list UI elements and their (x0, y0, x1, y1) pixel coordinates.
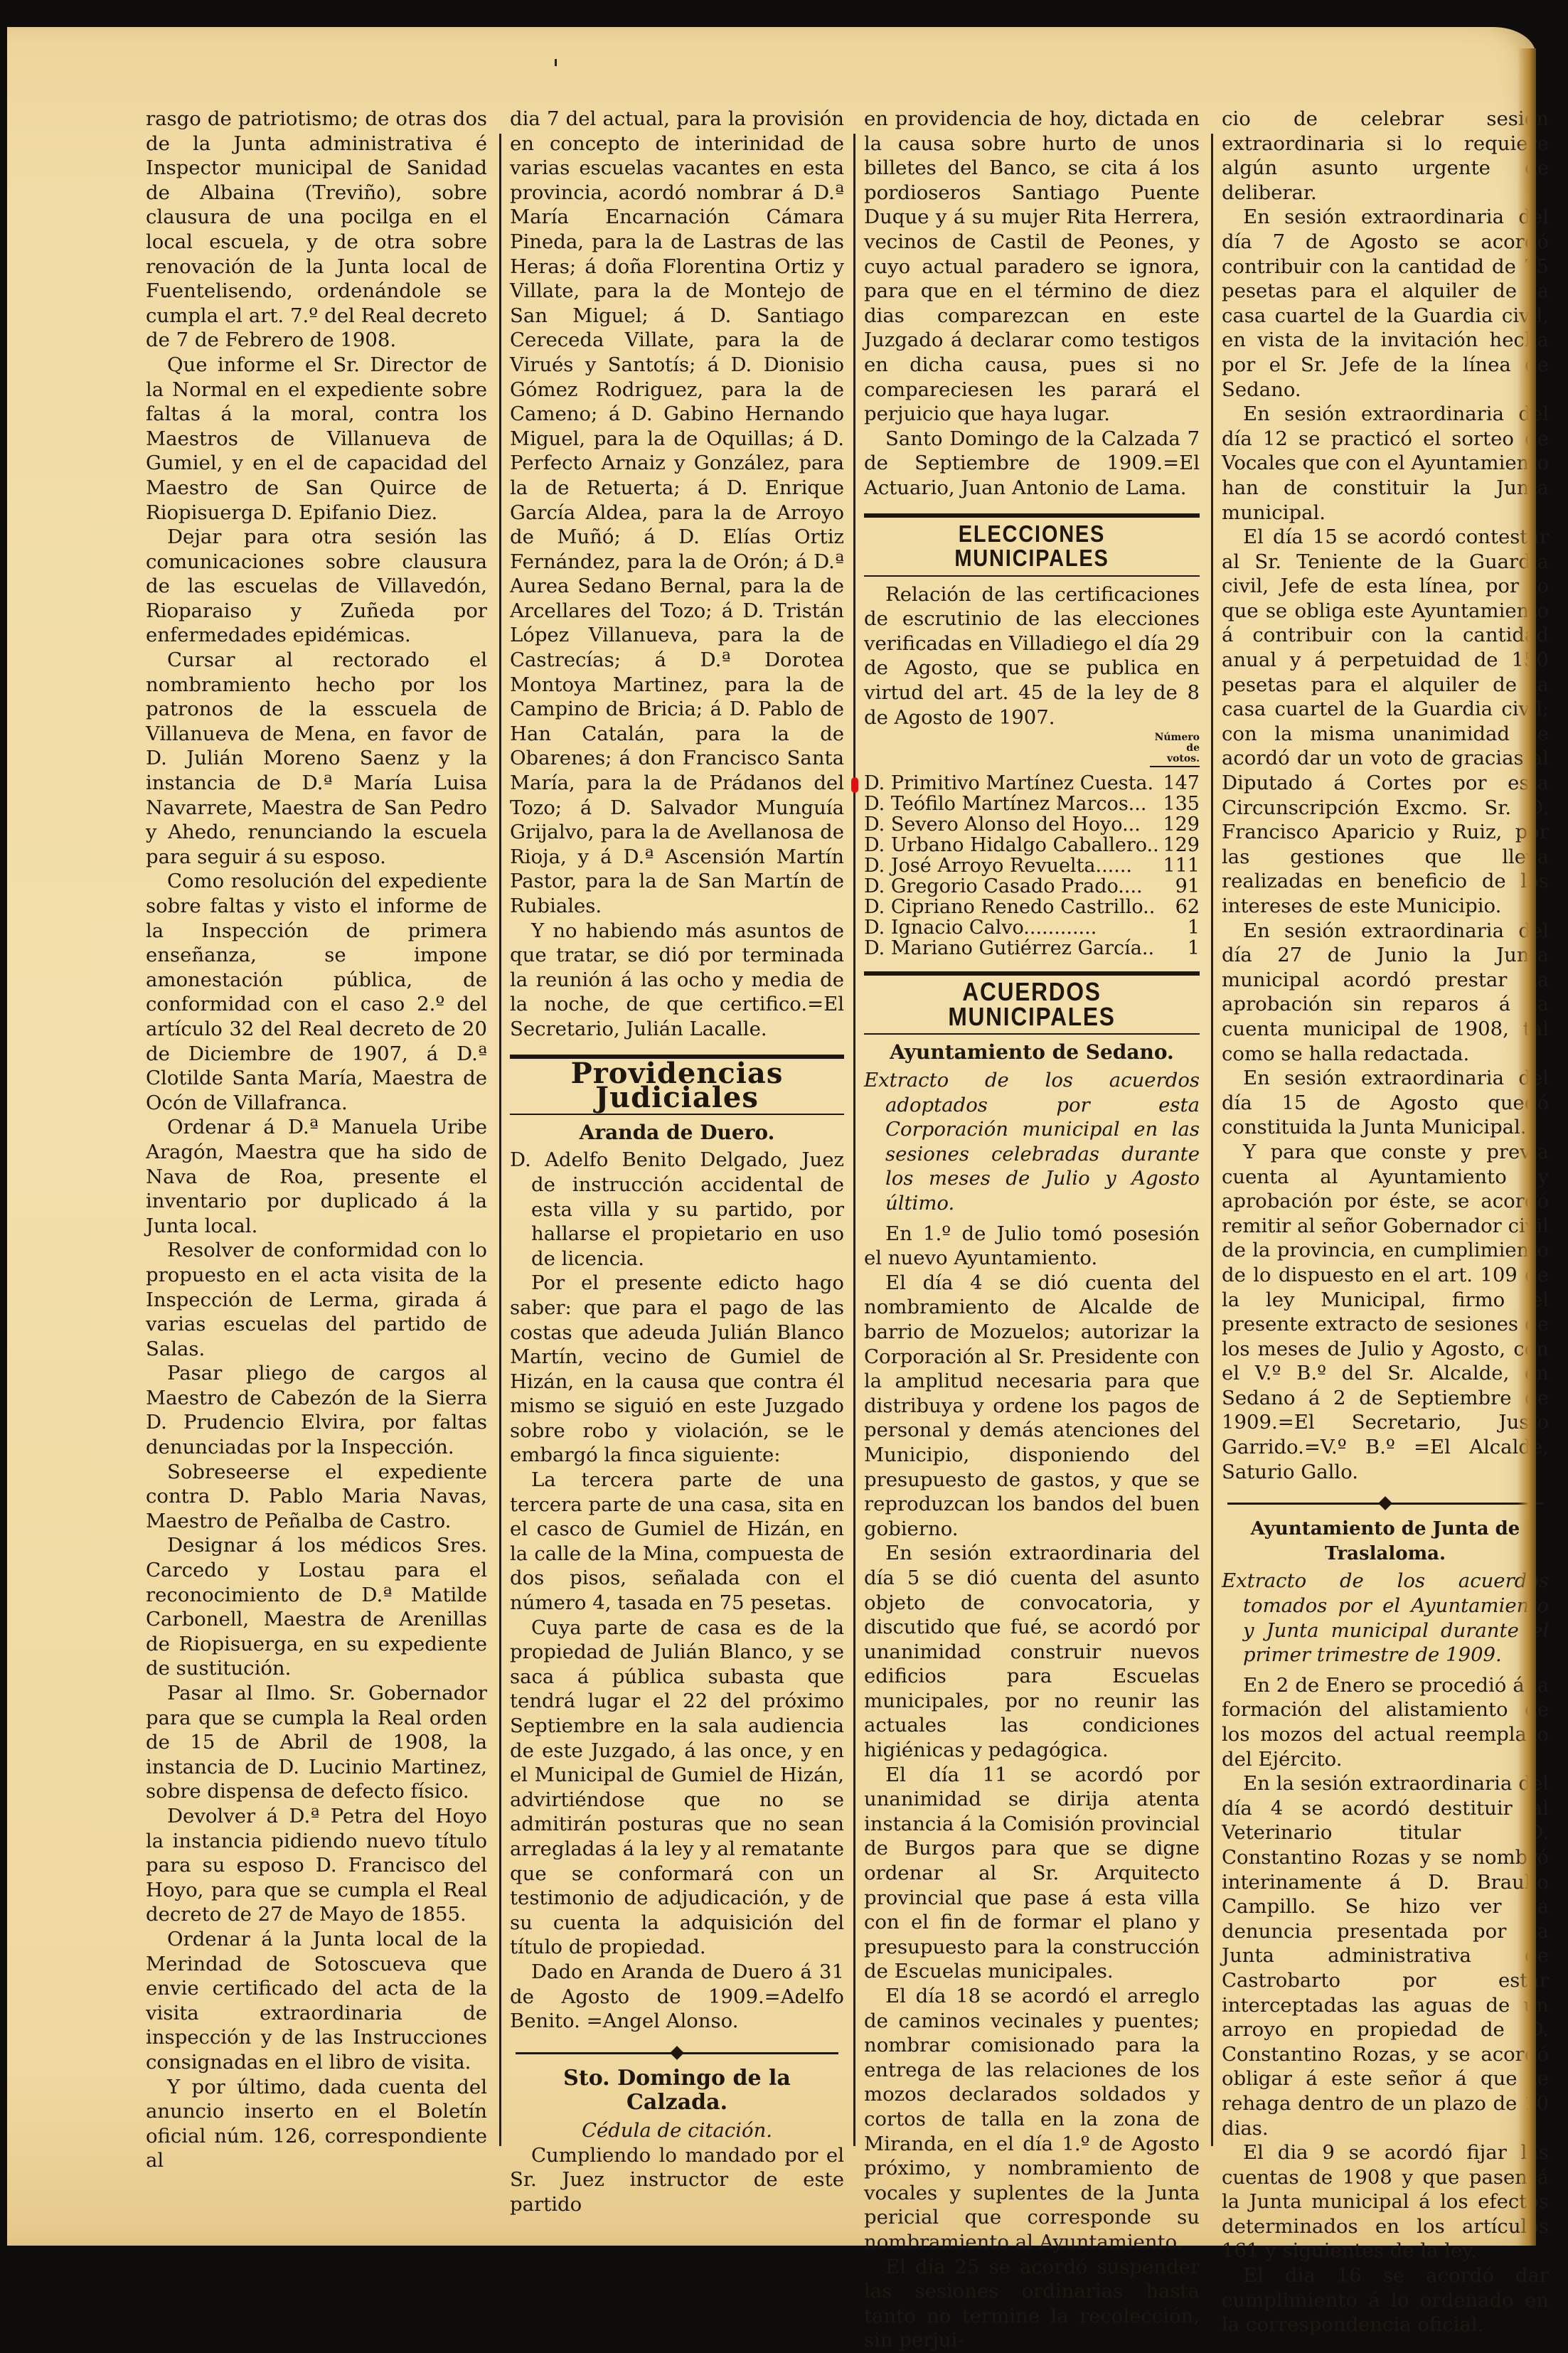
paragraph: cio de celebrar sesión extraordinaria si… (1222, 107, 1549, 205)
paragraph: Que informe el Sr. Director de la Normal… (146, 353, 487, 525)
edict-intro: D. Adelfo Benito Delgado, Juez de instru… (510, 1148, 844, 1271)
table-row: D. Mariano Gutiérrez García..1 (864, 938, 1200, 959)
paragraph: Y para que conste y previa cuenta al Ayu… (1222, 1140, 1549, 1484)
column-divider-2 (853, 134, 855, 2146)
paragraph: Ordenar á D.ª Manuela Uribe Aragón, Maes… (146, 1115, 487, 1238)
paragraph: En sesión extraordinaria del día 27 de J… (1222, 919, 1549, 1067)
signature: Santo Domingo de la Calzada 7 de Septiem… (864, 427, 1200, 501)
paragraph: En 1.º de Julio tomó posesión el nuevo A… (864, 1222, 1200, 1271)
table-row: D. Severo Alonso del Hoyo...129 (864, 814, 1200, 835)
newspaper-page: rasgo de patriotismo; de otras dos de la… (7, 27, 1536, 2246)
paragraph: Pasar al Ilmo. Sr. Gobernador para que s… (146, 1681, 487, 1804)
print-mark (555, 59, 557, 66)
extract-description: Extracto de los acuerdos adoptados por e… (864, 1068, 1200, 1216)
section-rule (864, 1033, 1200, 1035)
paragraph: Cuya parte de casa es de la propiedad de… (510, 1616, 844, 1960)
paragraph: Cursar al rectorado el nombramiento hech… (146, 648, 487, 869)
paragraph: Cumpliendo lo mandado por el Sr. Juez in… (510, 2143, 844, 2217)
election-results-table: D. Primitivo Martínez Cuesta.147 D. Teóf… (864, 773, 1200, 959)
column-divider-1 (499, 134, 501, 2146)
paragraph: Por el presente edicto hago saber: que p… (510, 1271, 844, 1468)
paragraph: Y no habiendo más asuntos de que tratar,… (510, 919, 844, 1042)
section-rule (864, 513, 1200, 518)
red-annotation-mark (851, 777, 858, 793)
heading-traslaloma: Ayuntamiento de Junta de Traslaloma. (1222, 1517, 1549, 1566)
ornamental-divider (1227, 1500, 1543, 1507)
section-rule (864, 575, 1200, 577)
table-row: D. Cipriano Renedo Castrillo..62 (864, 897, 1200, 917)
column-1: rasgo de patriotismo; de otras dos de la… (146, 107, 487, 2173)
paragraph: Como resolución del expediente sobre fal… (146, 869, 487, 1115)
paragraph: dia 7 del actual, para la provisión en c… (510, 107, 844, 919)
paragraph: Pasar pliego de cargos al Maestro de Cab… (146, 1361, 487, 1459)
table-row: D. José Arroyo Revuelta......111 (864, 855, 1200, 876)
paragraph: Devolver á D.ª Petra del Hoyo la instanc… (146, 1804, 487, 1927)
signature: Dado en Aranda de Duero á 31 de Agosto d… (510, 1960, 844, 2034)
extract-description: Extracto de los acuerdos tomados por el … (1222, 1569, 1549, 1667)
section-title-elecciones: ELECCIONES MUNICIPALES (884, 522, 1179, 571)
column-divider-3 (1211, 134, 1213, 2146)
votes-column-header: Número de votos. (864, 732, 1200, 764)
table-row: D. Teófilo Martínez Marcos...135 (864, 794, 1200, 814)
votes-header-rule (1150, 766, 1200, 767)
paragraph: La tercera parte de una tercera parte de… (510, 1468, 844, 1616)
heading-sedano: Ayuntamiento de Sedano. (864, 1040, 1200, 1065)
paragraph: En la sesión extraordinaria del día 4 se… (1222, 1771, 1549, 2140)
table-row: D. Ignacio Calvo............1 (864, 917, 1200, 938)
column-4: cio de celebrar sesión extraordinaria si… (1222, 107, 1549, 2246)
paragraph: Y por último, dada cuenta del anuncio in… (146, 2075, 487, 2173)
column-2: dia 7 del actual, para la provisión en c… (510, 107, 844, 2216)
heading-aranda: Aranda de Duero. (510, 1121, 844, 1146)
table-row: D. Primitivo Martínez Cuesta.147 (864, 773, 1200, 794)
paragraph: En 2 de Enero se procedió á la formación… (1222, 1673, 1549, 1771)
section-rule (864, 971, 1200, 976)
paragraph: El día 11 se acordó por unanimidad se di… (864, 1763, 1200, 1984)
paragraph: rasgo de patriotismo; de otras dos de la… (146, 107, 487, 353)
paragraph: En sesión extraordinaria del día 5 se di… (864, 1541, 1200, 1762)
paragraph: El día 18 se acordó el arreglo de camino… (864, 1984, 1200, 2246)
paragraph: Resolver de conformidad con lo propuesto… (146, 1238, 487, 1361)
elections-intro: Relación de las certificaciones de escru… (864, 582, 1200, 730)
paragraph: Ordenar á la Junta local de la Merindad … (146, 1927, 487, 2075)
table-row: D. Urbano Hidalgo Caballero..129 (864, 835, 1200, 855)
column-3: en providencia de hoy, dictada en la cau… (864, 107, 1200, 2246)
ornamental-divider (516, 2049, 838, 2056)
paragraph: Sobreseerse el expediente contra D. Pabl… (146, 1460, 487, 1534)
paragraph: En sesión extraordinaria del día 12 se p… (1222, 402, 1549, 525)
paragraph: El dia 9 se acordó fijar las cuentas de … (1222, 2140, 1549, 2246)
subheading-cedula: Cédula de citación. (510, 2118, 844, 2143)
paragraph: En sesión extraordinaria del día 7 de Ag… (1222, 205, 1549, 402)
section-title-providencias: Providencias Judiciales (510, 1062, 844, 1111)
paragraph: Dejar para otra sesión las comunicacione… (146, 525, 487, 648)
paragraph: Designar á los médicos Sres. Carcedo y L… (146, 1533, 487, 1681)
paragraph: El día 4 se dió cuenta del nombramiento … (864, 1271, 1200, 1542)
heading-santo-domingo: Sto. Domingo de la Calzada. (510, 2066, 844, 2115)
paragraph: en providencia de hoy, dictada en la cau… (864, 107, 1200, 427)
table-row: D. Gregorio Casado Prado....91 (864, 876, 1200, 897)
paragraph: En sesión extraordinaria del día 15 de A… (1222, 1066, 1549, 1140)
section-title-acuerdos: ACUERDOS MUNICIPALES (884, 980, 1179, 1029)
paragraph: El día 15 se acordó contestar al Sr. Ten… (1222, 525, 1549, 919)
